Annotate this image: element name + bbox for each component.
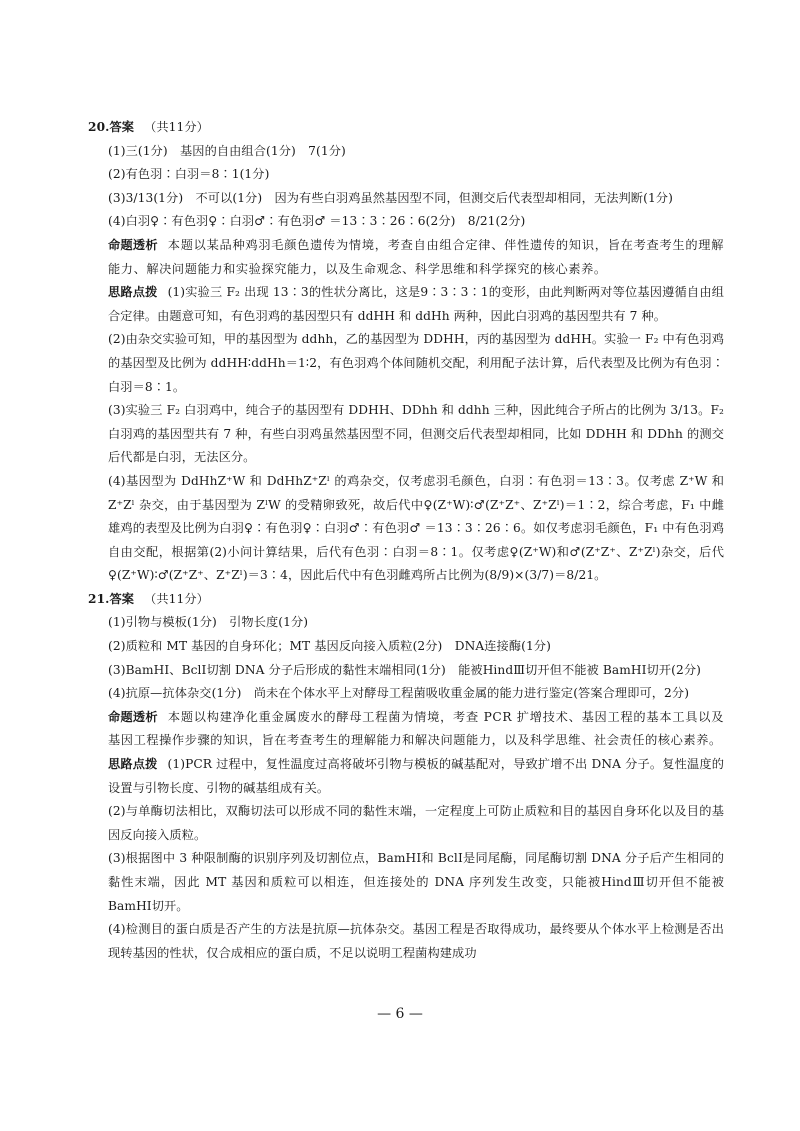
- q21-points: （共11分）: [144, 592, 209, 606]
- q20-hint-4: (4)基因型为 DdHhZ⁺W 和 DdHhZ⁺Zˡ 的鸡杂交，仅考虑羽毛颜色，…: [108, 470, 724, 588]
- q21-hint-3: (3)根据图中 3 种限制酶的识别序列及切割位点，BamHⅠ和 BclⅠ是同尾酶…: [108, 847, 724, 918]
- q21-hint-label: 思路点拨: [108, 757, 158, 771]
- q20-analysis-label: 命题透析: [108, 238, 158, 252]
- q21-answer-2: (2)质粒和 MT 基因的自身环化；MT 基因反向接入质粒(2分) DNA连接酶…: [108, 635, 724, 659]
- q21-answer-3: (3)BamHⅠ、BclⅠ切割 DNA 分子后形成的黏性末端相同(1分) 能被H…: [108, 659, 724, 683]
- q20-points: （共11分）: [144, 120, 209, 134]
- q20-answer-1: (1)三(1分) 基因的自由组合(1分) 7(1分): [108, 140, 724, 164]
- q20-analysis-text: 本题以某品种鸡羽毛颜色遗传为情境，考查自由组合定律、伴性遗传的知识，旨在考查考生…: [108, 238, 724, 276]
- q21-answer-1: (1)引物与模板(1分) 引物长度(1分): [108, 611, 724, 635]
- q20-number: 20.: [88, 120, 110, 134]
- q20-hint-label: 思路点拨: [108, 285, 158, 299]
- q21-analysis: 命题透析本题以构建净化重金属废水的酵母工程菌为情境，考查 PCR 扩增技术、基因…: [108, 706, 724, 753]
- q20-hint-2: (2)由杂交实验可知，甲的基因型为 ddhh，乙的基因型为 DDHH，丙的基因型…: [108, 328, 724, 399]
- page-number: — 6 —: [0, 1006, 800, 1022]
- q21-number: 21.: [88, 592, 110, 606]
- q21-header: 21.答案（共11分）: [88, 588, 724, 612]
- q21-analysis-label: 命题透析: [108, 710, 158, 724]
- q20-header: 20.答案（共11分）: [88, 116, 724, 140]
- q21-hint-2: (2)与单酶切法相比，双酶切法可以形成不同的黏性末端，一定程度上可防止质粒和目的…: [108, 800, 724, 847]
- q20-answer-2: (2)有色羽∶白羽＝8∶1(1分): [108, 163, 724, 187]
- q20-hint-1: 思路点拨(1)实验三 F₂ 出现 13∶3的性状分离比，这是9∶3∶3∶1的变形…: [108, 281, 724, 328]
- q20-analysis: 命题透析本题以某品种鸡羽毛颜色遗传为情境，考查自由组合定律、伴性遗传的知识，旨在…: [108, 234, 724, 281]
- q21-hint-1: 思路点拨(1)PCR 过程中，复性温度过高将破坏引物与模板的碱基配对，导致扩增不…: [108, 753, 724, 800]
- q21-hint-4: (4)检测目的蛋白质是否产生的方法是抗原—抗体杂交。基因工程是否取得成功，最终要…: [108, 918, 724, 965]
- q20-answer-3: (3)3/13(1分) 不可以(1分) 因为有些白羽鸡虽然基因型不同，但测交后代…: [108, 187, 724, 211]
- q20-answer-4: (4)白羽♀∶有色羽♀∶白羽♂∶有色羽♂ ＝13∶3∶26∶6(2分) 8/21…: [108, 210, 724, 234]
- q21-answer-4: (4)抗原—抗体杂交(1分) 尚未在个体水平上对酵母工程菌吸收重金属的能力进行鉴…: [108, 682, 724, 706]
- q21-title: 答案: [110, 592, 135, 606]
- q20-hint-1-text: (1)实验三 F₂ 出现 13∶3的性状分离比，这是9∶3∶3∶1的变形，由此判…: [108, 285, 724, 323]
- q20-title: 答案: [110, 120, 135, 134]
- answer-page: 20.答案（共11分） (1)三(1分) 基因的自由组合(1分) 7(1分) (…: [88, 116, 724, 965]
- q21-analysis-text: 本题以构建净化重金属废水的酵母工程菌为情境，考查 PCR 扩增技术、基因工程的基…: [108, 710, 724, 748]
- q20-hint-3: (3)实验三 F₂ 白羽鸡中，纯合子的基因型有 DDHH、DDhh 和 ddhh…: [108, 399, 724, 470]
- q21-hint-1-text: (1)PCR 过程中，复性温度过高将破坏引物与模板的碱基配对，导致扩增不出 DN…: [108, 757, 724, 795]
